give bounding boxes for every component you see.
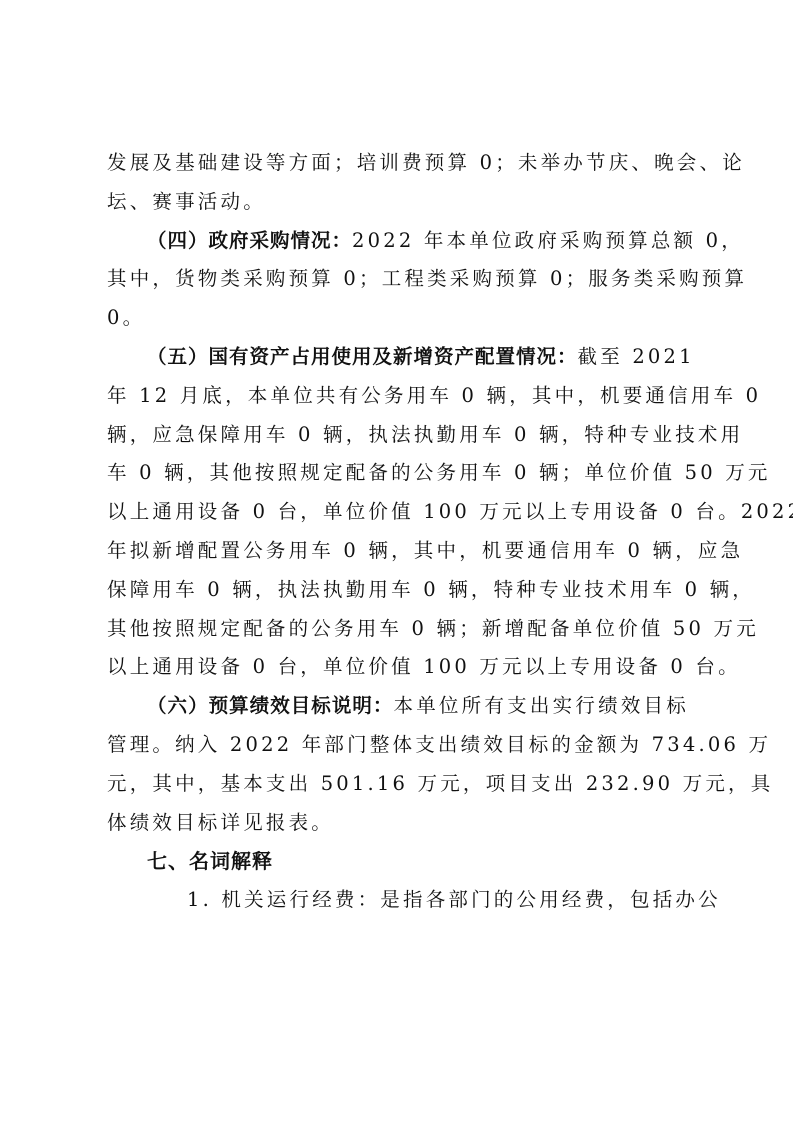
paragraph-text: 本单位所有支出实行绩效目标 [393, 694, 689, 717]
section-6-performance-targets: （六）预算绩效目标说明：本单位所有支出实行绩效目标 [107, 687, 689, 726]
paragraph-line: 其他按照规定配备的公务用车 0 辆；新增配备单位价值 50 万元 [107, 610, 689, 649]
section-4-government-procurement: （四）政府采购情况：2022 年本单位政府采购预算总额 0， [107, 222, 689, 261]
paragraph-line: 其中，货物类采购预算 0；工程类采购预算 0；服务类采购预算 [107, 260, 689, 299]
document-page: 发展及基础建设等方面；培训费预算 0；未举办节庆、晚会、论 坛、赛事活动。 （四… [107, 144, 689, 920]
paragraph-line: 保障用车 0 辆，执法执勤用车 0 辆，特种专业技术用车 0 辆， [107, 571, 689, 610]
paragraph-line: 坛、赛事活动。 [107, 183, 689, 222]
paragraph-line: 以上通用设备 0 台，单位价值 100 万元以上专用设备 0 台。 [107, 648, 689, 687]
paragraph-text: 2022 年本单位政府采购预算总额 0， [352, 229, 744, 252]
paragraph-line: 辆，应急保障用车 0 辆，执法执勤用车 0 辆，特种专业技术用 [107, 416, 689, 455]
section-heading-inline: （五）国有资产占用使用及新增资产配置情况： [147, 345, 578, 368]
paragraph-line: 以上通用设备 0 台，单位价值 100 万元以上专用设备 0 台。2022 [107, 493, 689, 532]
paragraph-line: 元，其中，基本支出 501.16 万元，项目支出 232.90 万元，具 [107, 765, 689, 804]
paragraph-line: 0。 [107, 299, 689, 338]
section-5-state-assets: （五）国有资产占用使用及新增资产配置情况：截至 2021 [107, 338, 689, 377]
paragraph-text: 截至 2021 [578, 345, 695, 368]
paragraph-line: 发展及基础建设等方面；培训费预算 0；未举办节庆、晚会、论 [107, 144, 689, 183]
section-heading-inline: （四）政府采购情况： [147, 229, 352, 252]
paragraph-line: 管理。纳入 2022 年部门整体支出绩效目标的金额为 734.06 万 [107, 726, 689, 765]
section-heading-inline: （六）预算绩效目标说明： [147, 694, 393, 717]
paragraph-line: 车 0 辆，其他按照规定配备的公务用车 0 辆；单位价值 50 万元 [107, 454, 689, 493]
paragraph-line: 体绩效目标详见报表。 [107, 804, 689, 843]
glossary-item-1: 1. 机关运行经费：是指各部门的公用经费，包括办公 [107, 881, 689, 920]
section-7-glossary-heading: 七、名词解释 [107, 842, 689, 881]
paragraph-line: 年拟新增配置公务用车 0 辆，其中，机要通信用车 0 辆，应急 [107, 532, 689, 571]
paragraph-line: 年 12 月底，本单位共有公务用车 0 辆，其中，机要通信用车 0 [107, 377, 689, 416]
